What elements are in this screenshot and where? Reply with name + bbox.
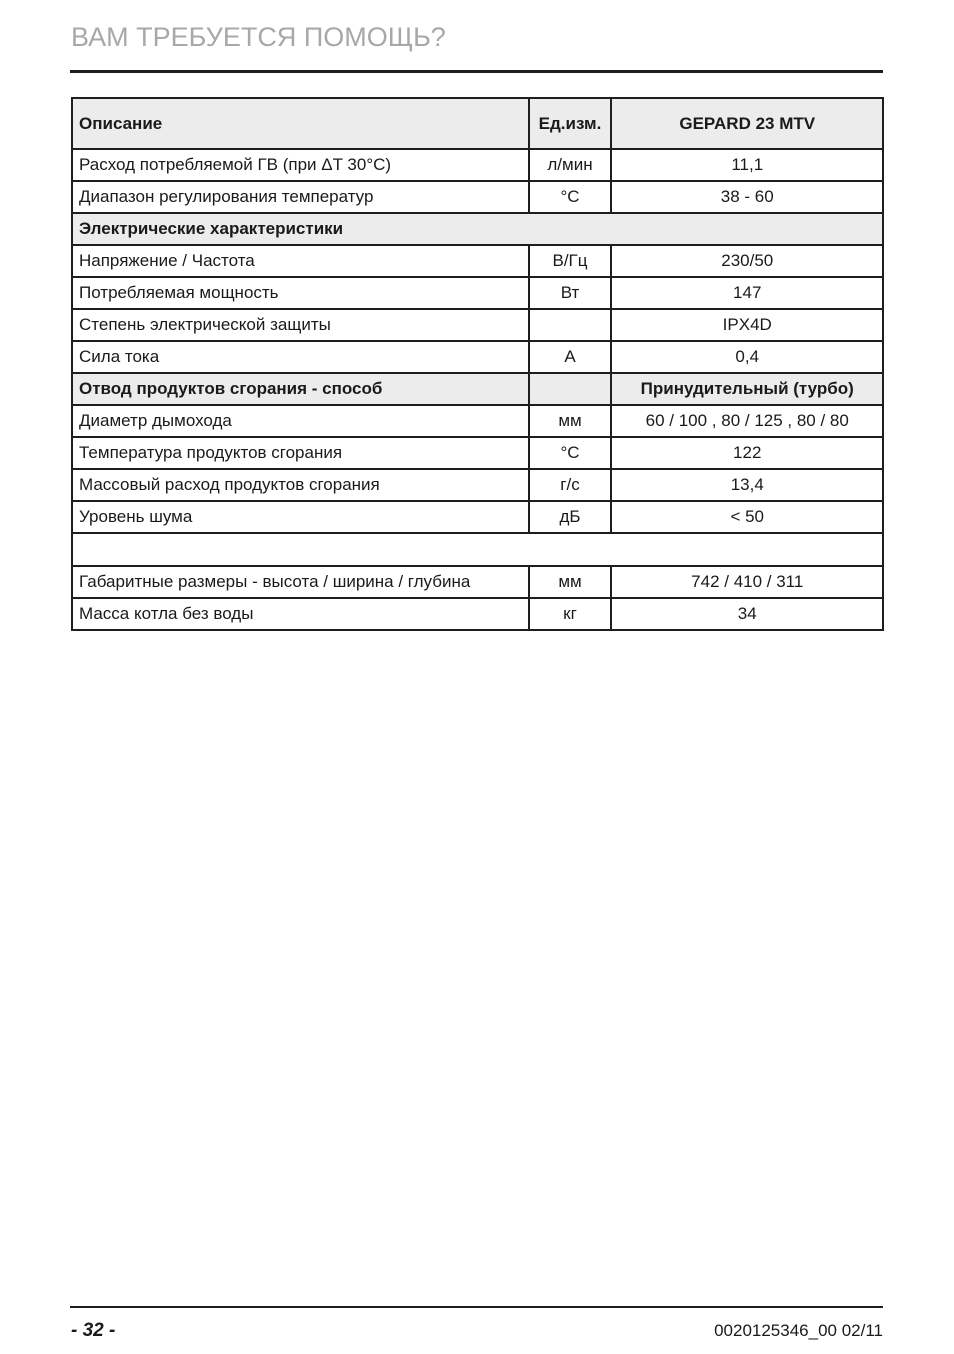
row-value: IPX4D <box>611 309 883 341</box>
row-description: Напряжение / Частота <box>72 245 529 277</box>
row-description: Масса котла без воды <box>72 598 529 630</box>
row-description: Габаритные размеры - высота / ширина / г… <box>72 566 529 598</box>
row-value: 230/50 <box>611 245 883 277</box>
row-description: Расход потребляемой ГВ (при ΔT 30°C) <box>72 149 529 181</box>
section-title: Электрические характеристики <box>72 213 883 245</box>
table-row: Уровень шумадБ< 50 <box>72 501 883 533</box>
row-unit: г/с <box>529 469 612 501</box>
table-row: Габаритные размеры - высота / ширина / г… <box>72 566 883 598</box>
section-row: Электрические характеристики <box>72 213 883 245</box>
table-row: Расход потребляемой ГВ (при ΔT 30°C)л/ми… <box>72 149 883 181</box>
row-description: Диаметр дымохода <box>72 405 529 437</box>
row-value: 60 / 100 , 80 / 125 , 80 / 80 <box>611 405 883 437</box>
footer-divider <box>70 1306 883 1308</box>
table-row: Температура продуктов сгорания°C122 <box>72 437 883 469</box>
blank-cell <box>72 533 883 566</box>
header-divider <box>70 70 883 73</box>
row-unit: °C <box>529 181 612 213</box>
row-value: 11,1 <box>611 149 883 181</box>
page-title: ВАМ ТРЕБУЕТСЯ ПОМОЩЬ? <box>71 22 446 53</box>
row-unit: °C <box>529 437 612 469</box>
table-row: Диаметр дымоходамм60 / 100 , 80 / 125 , … <box>72 405 883 437</box>
row-description: Уровень шума <box>72 501 529 533</box>
table-header-row: Описание Ед.изм. GEPARD 23 MTV <box>72 98 883 149</box>
table-row: Потребляемая мощностьВт147 <box>72 277 883 309</box>
row-value: Принудительный (турбо) <box>611 373 883 405</box>
row-unit: кг <box>529 598 612 630</box>
row-unit: A <box>529 341 612 373</box>
row-description: Температура продуктов сгорания <box>72 437 529 469</box>
row-description: Сила тока <box>72 341 529 373</box>
column-header-model: GEPARD 23 MTV <box>611 98 883 149</box>
row-value: 147 <box>611 277 883 309</box>
row-unit: Вт <box>529 277 612 309</box>
row-unit <box>529 373 612 405</box>
table-row: Сила токаA0,4 <box>72 341 883 373</box>
table-row: Диапазон регулирования температур°C38 - … <box>72 181 883 213</box>
row-unit: л/мин <box>529 149 612 181</box>
table-row: Масса котла без водыкг34 <box>72 598 883 630</box>
row-unit: мм <box>529 405 612 437</box>
row-unit: мм <box>529 566 612 598</box>
column-header-description: Описание <box>72 98 529 149</box>
spec-table-body: Расход потребляемой ГВ (при ΔT 30°C)л/ми… <box>72 149 883 630</box>
blank-row <box>72 533 883 566</box>
row-description: Потребляемая мощность <box>72 277 529 309</box>
row-value: 742 / 410 / 311 <box>611 566 883 598</box>
page-number: - 32 - <box>71 1320 115 1342</box>
row-description: Диапазон регулирования температур <box>72 181 529 213</box>
row-value: 38 - 60 <box>611 181 883 213</box>
row-unit: дБ <box>529 501 612 533</box>
row-value: 34 <box>611 598 883 630</box>
column-header-unit: Ед.изм. <box>529 98 612 149</box>
row-value: 0,4 <box>611 341 883 373</box>
row-value: < 50 <box>611 501 883 533</box>
table-row: Массовый расход продуктов сгоранияг/с13,… <box>72 469 883 501</box>
row-description: Массовый расход продуктов сгорания <box>72 469 529 501</box>
spec-table: Описание Ед.изм. GEPARD 23 MTV Расход по… <box>71 97 884 631</box>
document-code: 0020125346_00 02/11 <box>714 1321 883 1341</box>
table-row: Напряжение / ЧастотаВ/Гц230/50 <box>72 245 883 277</box>
table-row: Отвод продуктов сгорания - способПринуди… <box>72 373 883 405</box>
row-description: Степень электрической защиты <box>72 309 529 341</box>
table-row: Степень электрической защитыIPX4D <box>72 309 883 341</box>
row-unit: В/Гц <box>529 245 612 277</box>
row-description: Отвод продуктов сгорания - способ <box>72 373 529 405</box>
row-value: 122 <box>611 437 883 469</box>
row-value: 13,4 <box>611 469 883 501</box>
row-unit <box>529 309 612 341</box>
